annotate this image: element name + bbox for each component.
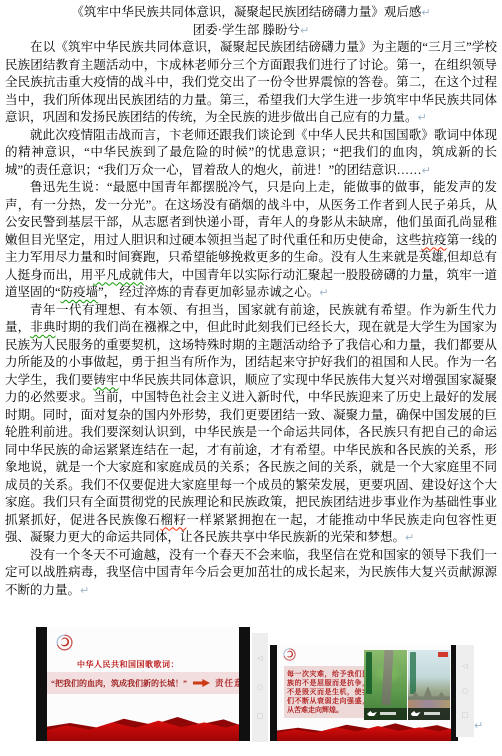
red-silk-wave (277, 719, 451, 741)
spellcheck-flagged-text: 铸牢 (93, 373, 118, 387)
nav-back-icon: ◁ (257, 655, 262, 662)
body-paragraph: 就此次疫情阻击战而言，卞老师还跟我们谈论到《中华人民共和国国歌》歌词中体现的精神… (5, 127, 497, 180)
document-body: 在以《筑牢中华民族共同体意识，凝聚起民族团结磅礴力量》为主题的“三月三”学校民族… (5, 39, 497, 599)
spellcheck-flagged-text: 非典 (30, 320, 55, 334)
nav-home-icon: ○ (462, 688, 468, 695)
poster-red-logo (438, 652, 448, 657)
poster-crowd (408, 700, 451, 708)
document-byline: 团委·学生部 滕盼兮↵ (5, 22, 497, 40)
nav-recent-icon: □ (257, 713, 264, 720)
paragraph-mark: ↵ (405, 531, 414, 544)
nav-recent-icon: □ (462, 712, 469, 719)
university-emblem-icon (283, 648, 296, 661)
paragraph-mark: ↵ (422, 164, 431, 177)
byline-text: 团委·学生部 滕盼兮 (193, 23, 300, 37)
spellcheck-flagged-text: 防疫墙 (61, 285, 99, 299)
letterbox-bar (36, 627, 47, 741)
spellcheck-flagged-text: 榴籽 (161, 513, 187, 527)
spellcheck-flagged-text: 抗疫 (421, 233, 446, 247)
festival-posters (364, 650, 450, 720)
embedded-figures-row: 中华人民共和国国歌歌词： “把我们的血肉，筑成我们新的长城！” 责任意识 ◁ ○… (0, 627, 502, 752)
title-text: 《筑牢中华民族共同体意识，凝聚起民族团结磅礴力量》观后感 (71, 5, 421, 19)
slide-right-content: 每一次灾难，给予我们民族的不是屈服而是抗争，不是毁灭而是生机，使我们不断从衰弱走… (277, 645, 451, 741)
body-paragraph: 在以《筑牢中华民族共同体意识，凝聚起民族团结磅礴力量》为主题的“三月三”学校民族… (5, 39, 497, 127)
poster-sanyuesan-teal (408, 650, 451, 720)
document-page: 《筑牢中华民族共同体意识，凝聚起民族团结磅礴力量》观后感↵ 团委·学生部 滕盼兮… (5, 4, 497, 599)
android-nav-bar: ◁ ○ □ (252, 633, 268, 742)
android-nav-bar: ◁ ○ □ (456, 645, 474, 737)
slide-left-content: 中华人民共和国国歌歌词： “把我们的血肉，筑成我们新的长城！” 责任意识 (47, 627, 239, 741)
body-paragraph: 青年一代有理想、有本领、有担当，国家就有前途，民族就有希望。作为新生代力量，非典… (5, 302, 497, 547)
poster-sanyuesan-green (364, 650, 407, 720)
spellcheck-flagged-text: 平凡成就 (93, 268, 143, 282)
letterbox-bar (270, 645, 277, 741)
paragraph-mark: ↵ (421, 6, 430, 19)
poster-vertical-title (410, 652, 416, 694)
paragraph-text: 中华民族共同体意识，顺应了实现中华民族伟大复兴对增强国家凝聚力的必然要求。当前，… (5, 373, 497, 527)
anthem-quote: “把我们的血肉，筑成我们新的长城！” (51, 678, 187, 689)
nav-home-icon: ○ (257, 684, 263, 691)
paragraph-mark: ↵ (474, 719, 483, 732)
disaster-quote-box: 每一次灾难，给予我们民族的不是屈服而是抗争，不是毁灭而是生机，使我们不断从衰弱走… (284, 666, 372, 718)
slide-screenshot-left[interactable]: 中华人民共和国国歌歌词： “把我们的血肉，筑成我们新的长城！” 责任意识 (36, 627, 250, 741)
body-paragraph: 鲁迅先生说：“最愿中国青年都摆脱冷气，只是向上走，能做事的做事，能发声的发声，有… (5, 179, 497, 302)
poster-footer-text (380, 712, 396, 715)
paragraph-mark: ↵ (300, 24, 309, 37)
slide-screenshot-right[interactable]: 每一次灾难，给予我们民族的不是屈服而是抗争，不是毁灭而是生机，使我们不断从衰弱走… (270, 645, 458, 741)
letterbox-bar (239, 627, 250, 741)
quote-banner: “把我们的血肉，筑成我们新的长城！” 责任意识 (47, 672, 239, 694)
poster-footer-text (424, 712, 440, 715)
paragraph-text: ”， 经过淬炼的青春更加彰显赤诚之心。 (98, 285, 319, 299)
paragraph-mark: ↵ (80, 584, 89, 597)
university-emblem-icon (56, 634, 73, 651)
paragraph-mark: ↵ (319, 286, 328, 299)
poster-tree-trunk (382, 650, 394, 705)
nav-back-icon: ◁ (462, 663, 467, 670)
red-silk-wave (47, 711, 239, 741)
duty-label: 责任意识 (215, 677, 239, 689)
paragraph-mark: ↵ (418, 111, 427, 124)
paragraph-text: 没有一个冬天不可逾越，没有一个春天不会来临，我坚信在党和国家的领导下我们一定可以… (5, 548, 497, 597)
poster-vertical-title (366, 652, 372, 694)
document-title: 《筑牢中华民族共同体意识，凝聚起民族团结磅礴力量》观后感↵ (5, 4, 497, 22)
arrow-right-icon (193, 679, 210, 687)
slide-heading: 中华人民共和国国歌歌词： (77, 659, 179, 670)
body-paragraph: 没有一个冬天不可逾越，没有一个春天不会来临，我坚信在党和国家的领导下我们一定可以… (5, 547, 497, 600)
